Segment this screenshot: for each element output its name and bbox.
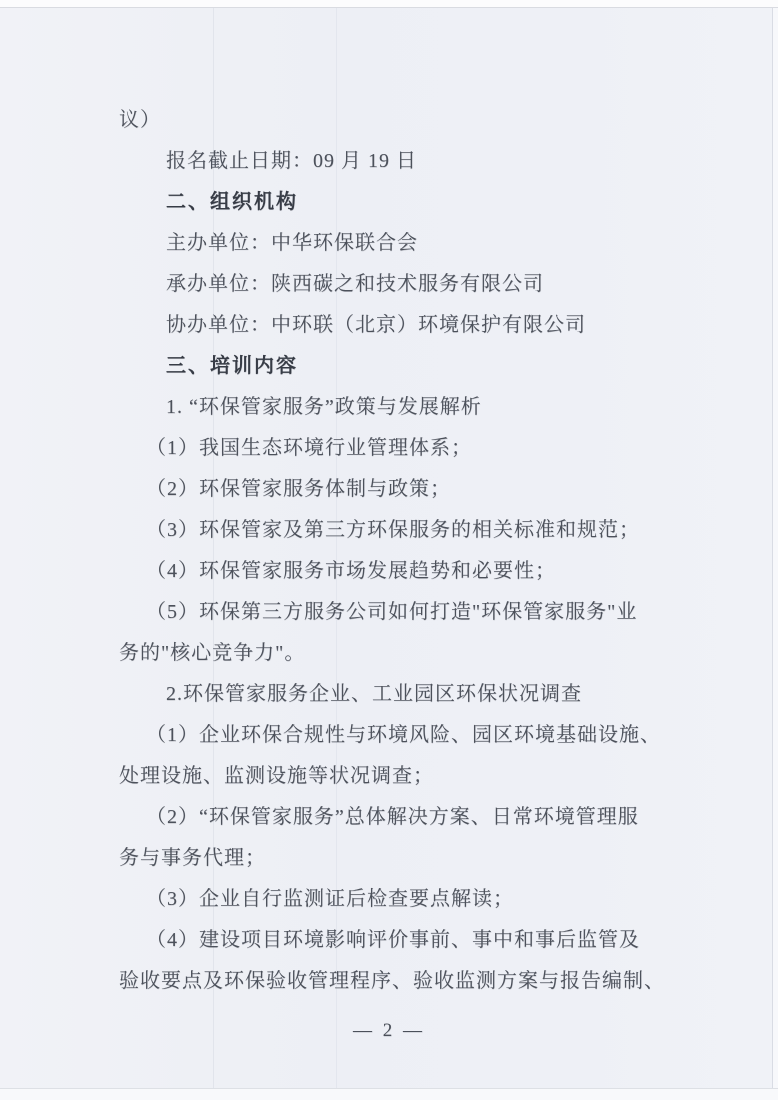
section-heading: 二、组织机构 [119,182,719,223]
page-number: — 2 — [0,1020,778,1042]
scan-edge-top [0,0,778,8]
scan-edge-right [773,7,778,1089]
document-body: 议） 报名截止日期：09 月 19 日 二、组织机构 主办单位：中华环保联合会 … [119,100,719,1002]
text-line: （5）环保第三方服务公司如何打造"环保管家服务"业 [119,592,719,633]
text-line: 务的"核心竞争力"。 [119,633,719,674]
text-line: 议） [119,100,719,141]
text-line: 协办单位：中环联（北京）环境保护有限公司 [119,305,719,346]
text-line: 1. “环保管家服务”政策与发展解析 [119,387,719,428]
text-line: 处理设施、监测设施等状况调查； [119,756,719,797]
paper: 议） 报名截止日期：09 月 19 日 二、组织机构 主办单位：中华环保联合会 … [0,7,778,1089]
scanned-document-page: 议） 报名截止日期：09 月 19 日 二、组织机构 主办单位：中华环保联合会 … [0,0,778,1100]
text-line: （1）企业环保合规性与环境风险、园区环境基础设施、 [119,715,719,756]
section-heading: 三、培训内容 [119,346,719,387]
text-line: 2.环保管家服务企业、工业园区环保状况调查 [119,674,719,715]
text-line: （2）“环保管家服务”总体解决方案、日常环境管理服 [119,797,719,838]
text-line: （3）环保管家及第三方环保服务的相关标准和规范； [119,510,719,551]
scan-edge-right-line [772,7,773,1089]
text-line: 承办单位：陕西碳之和技术服务有限公司 [119,264,719,305]
text-line: 主办单位：中华环保联合会 [119,223,719,264]
text-line: 报名截止日期：09 月 19 日 [119,141,719,182]
scan-edge-bottom [0,1088,778,1100]
text-line: （4）环保管家服务市场发展趋势和必要性； [119,551,719,592]
text-line: 务与事务代理； [119,838,719,879]
text-line: （1）我国生态环境行业管理体系； [119,428,719,469]
text-line: （2）环保管家服务体制与政策； [119,469,719,510]
text-line: （3）企业自行监测证后检查要点解读； [119,879,719,920]
text-line: 验收要点及环保验收管理程序、验收监测方案与报告编制、 [119,961,719,1002]
text-line: （4）建设项目环境影响评价事前、事中和事后监管及 [119,920,719,961]
